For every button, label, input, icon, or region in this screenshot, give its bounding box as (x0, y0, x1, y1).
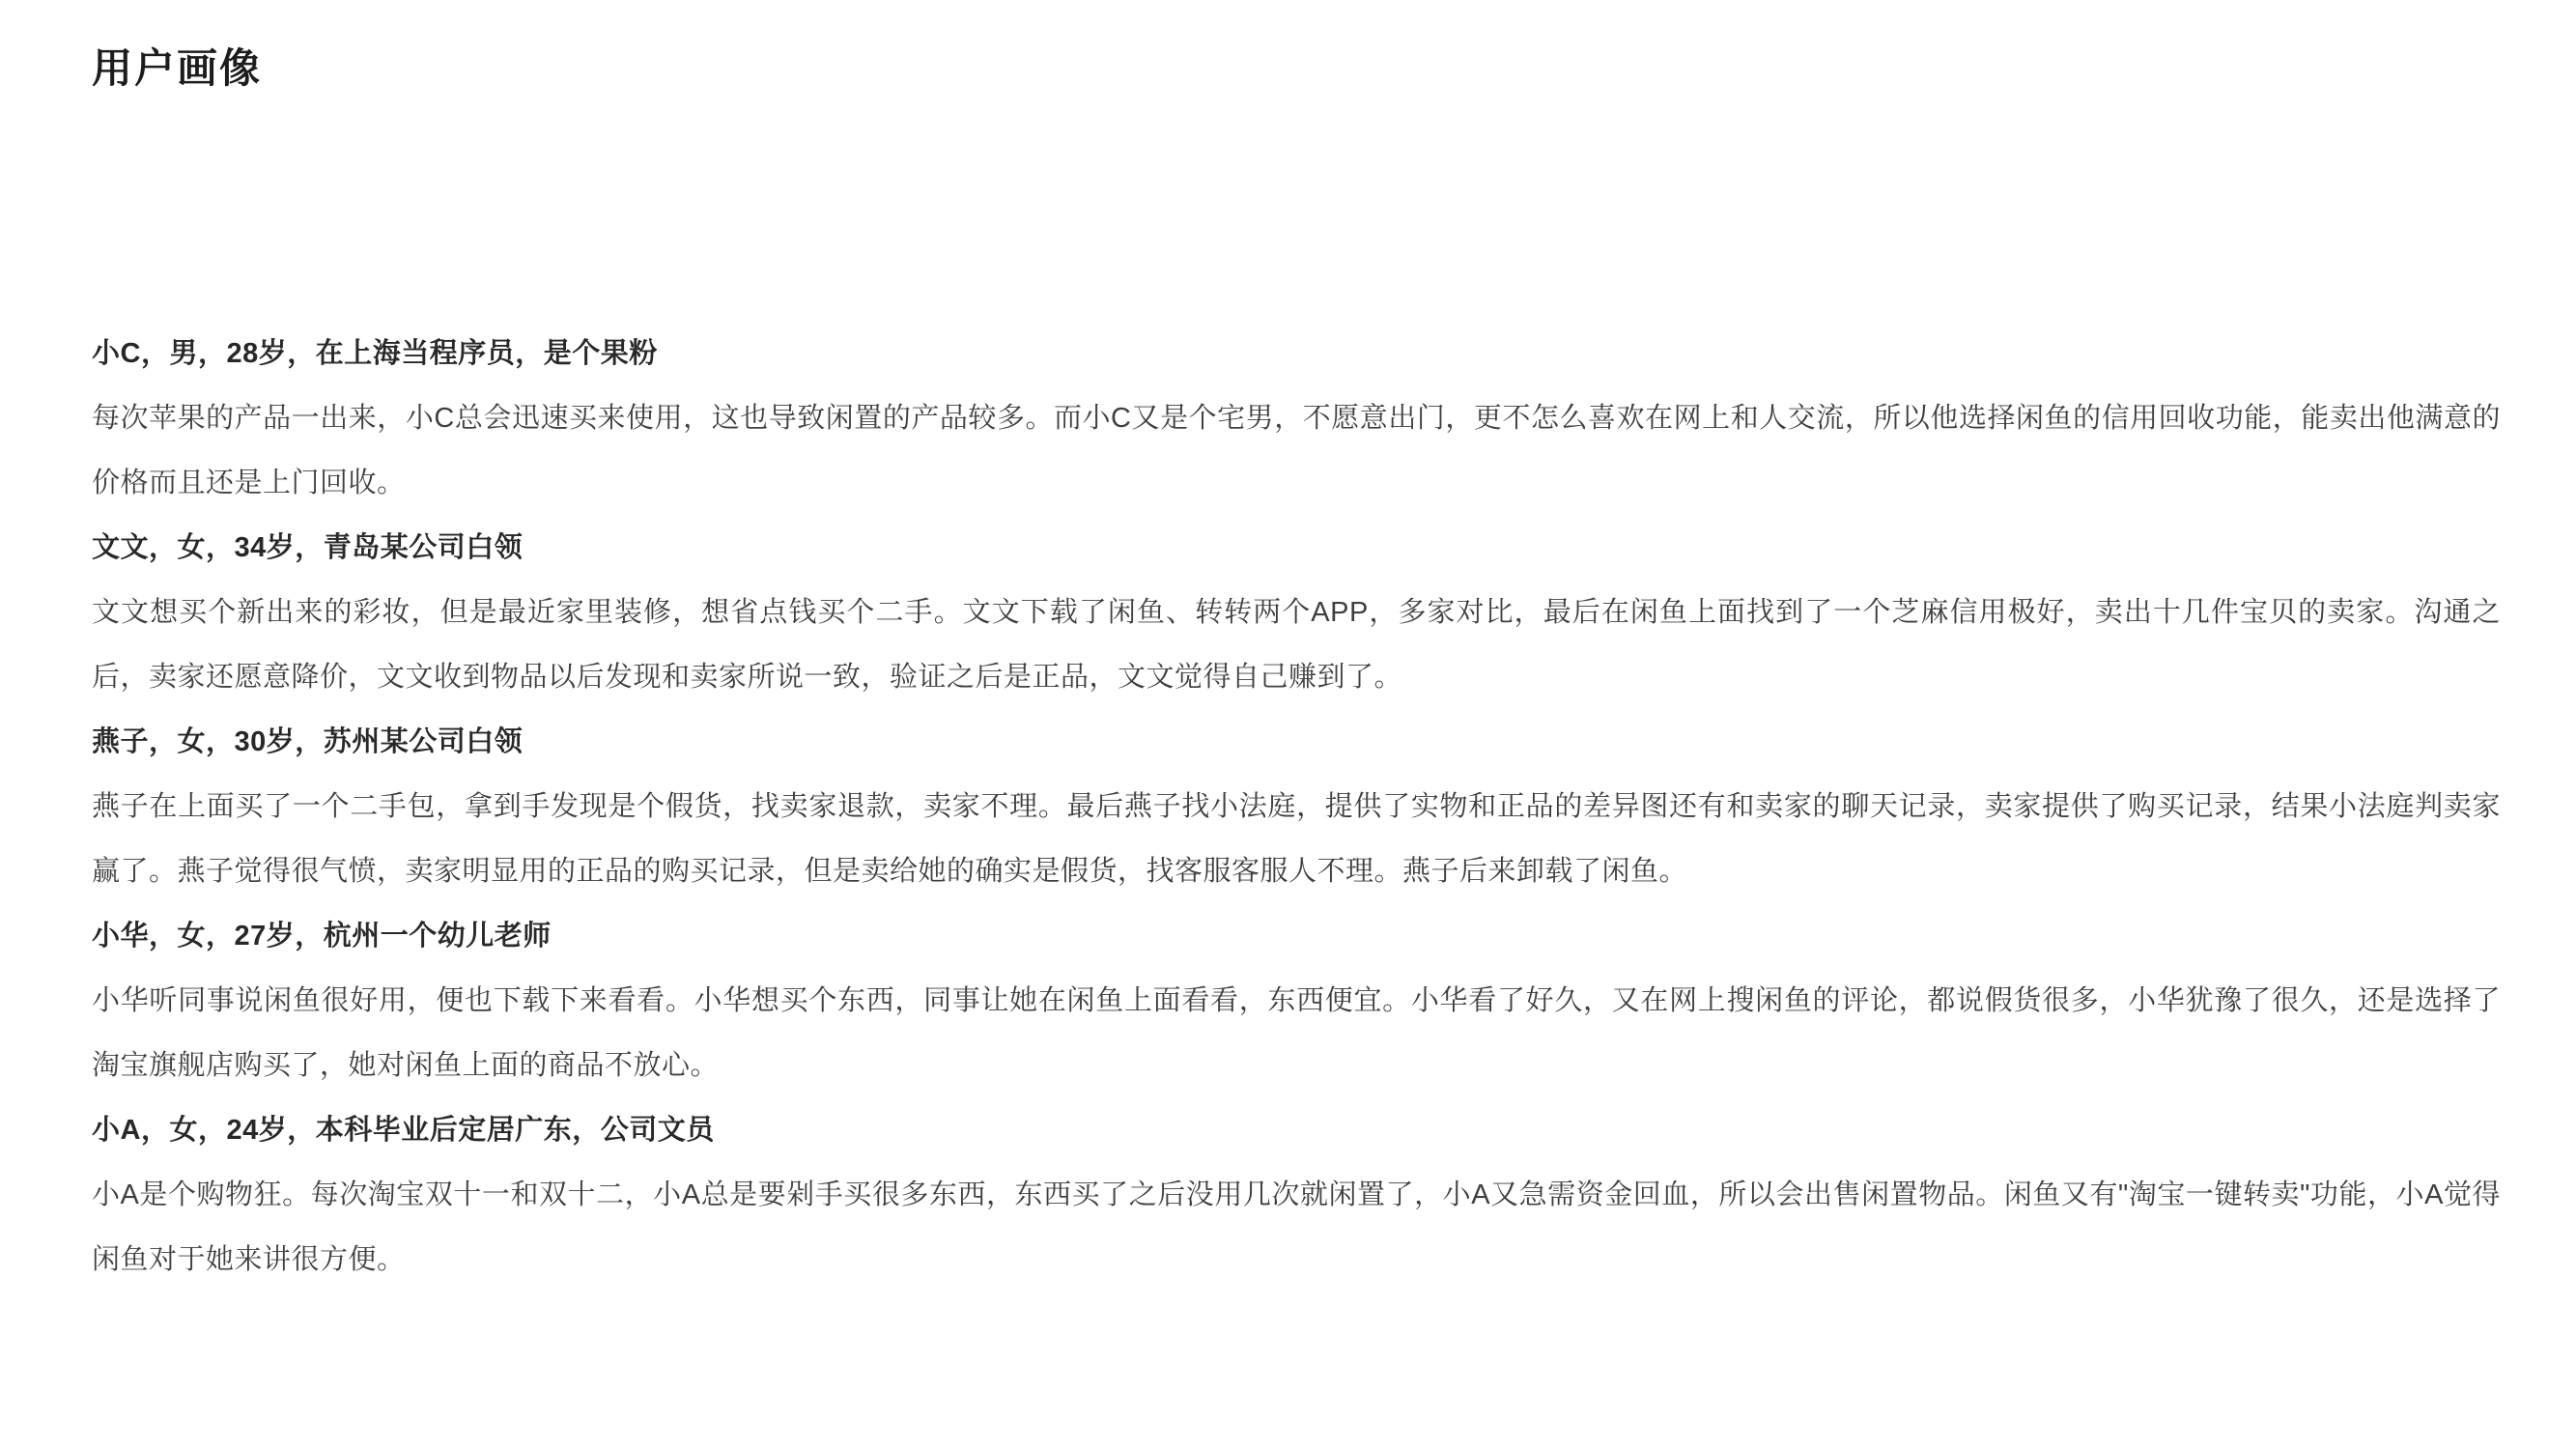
persona-body: 每次苹果的产品一出来，小C总会迅速买来使用，这也导致闲置的产品较多。而小C又是个… (92, 386, 2501, 516)
persona-body: 小A是个购物狂。每次淘宝双十一和双十二，小A总是要剁手买很多东西，东西买了之后没… (92, 1163, 2501, 1293)
persona-body: 小华听同事说闲鱼很好用，便也下载下来看看。小华想买个东西，同事让她在闲鱼上面看看… (92, 969, 2501, 1098)
persona-section: 小A，女，24岁，本科毕业后定居广东，公司文员 小A是个购物狂。每次淘宝双十一和… (92, 1098, 2501, 1293)
persona-heading: 小A，女，24岁，本科毕业后定居广东，公司文员 (92, 1098, 2501, 1163)
persona-heading: 燕子，女，30岁，苏州某公司白领 (92, 710, 2501, 775)
persona-section: 文文，女，34岁，青岛某公司白领 文文想买个新出来的彩妆，但是最近家里装修，想省… (92, 516, 2501, 710)
persona-body: 燕子在上面买了一个二手包，拿到手发现是个假货，找卖家退款，卖家不理。最后燕子找小… (92, 775, 2501, 904)
persona-body: 文文想买个新出来的彩妆，但是最近家里装修，想省点钱买个二手。文文下载了闲鱼、转转… (92, 581, 2501, 710)
document-page: 用户画像 小C，男，28岁，在上海当程序员，是个果粉 每次苹果的产品一出来，小C… (0, 0, 2576, 1331)
persona-heading: 文文，女，34岁，青岛某公司白领 (92, 516, 2501, 581)
persona-heading: 小华，女，27岁，杭州一个幼儿老师 (92, 904, 2501, 969)
page-title: 用户画像 (92, 43, 2501, 96)
persona-section: 燕子，女，30岁，苏州某公司白领 燕子在上面买了一个二手包，拿到手发现是个假货，… (92, 710, 2501, 904)
persona-heading: 小C，男，28岁，在上海当程序员，是个果粉 (92, 322, 2501, 386)
persona-section: 小华，女，27岁，杭州一个幼儿老师 小华听同事说闲鱼很好用，便也下载下来看看。小… (92, 904, 2501, 1098)
persona-section: 小C，男，28岁，在上海当程序员，是个果粉 每次苹果的产品一出来，小C总会迅速买… (92, 322, 2501, 516)
